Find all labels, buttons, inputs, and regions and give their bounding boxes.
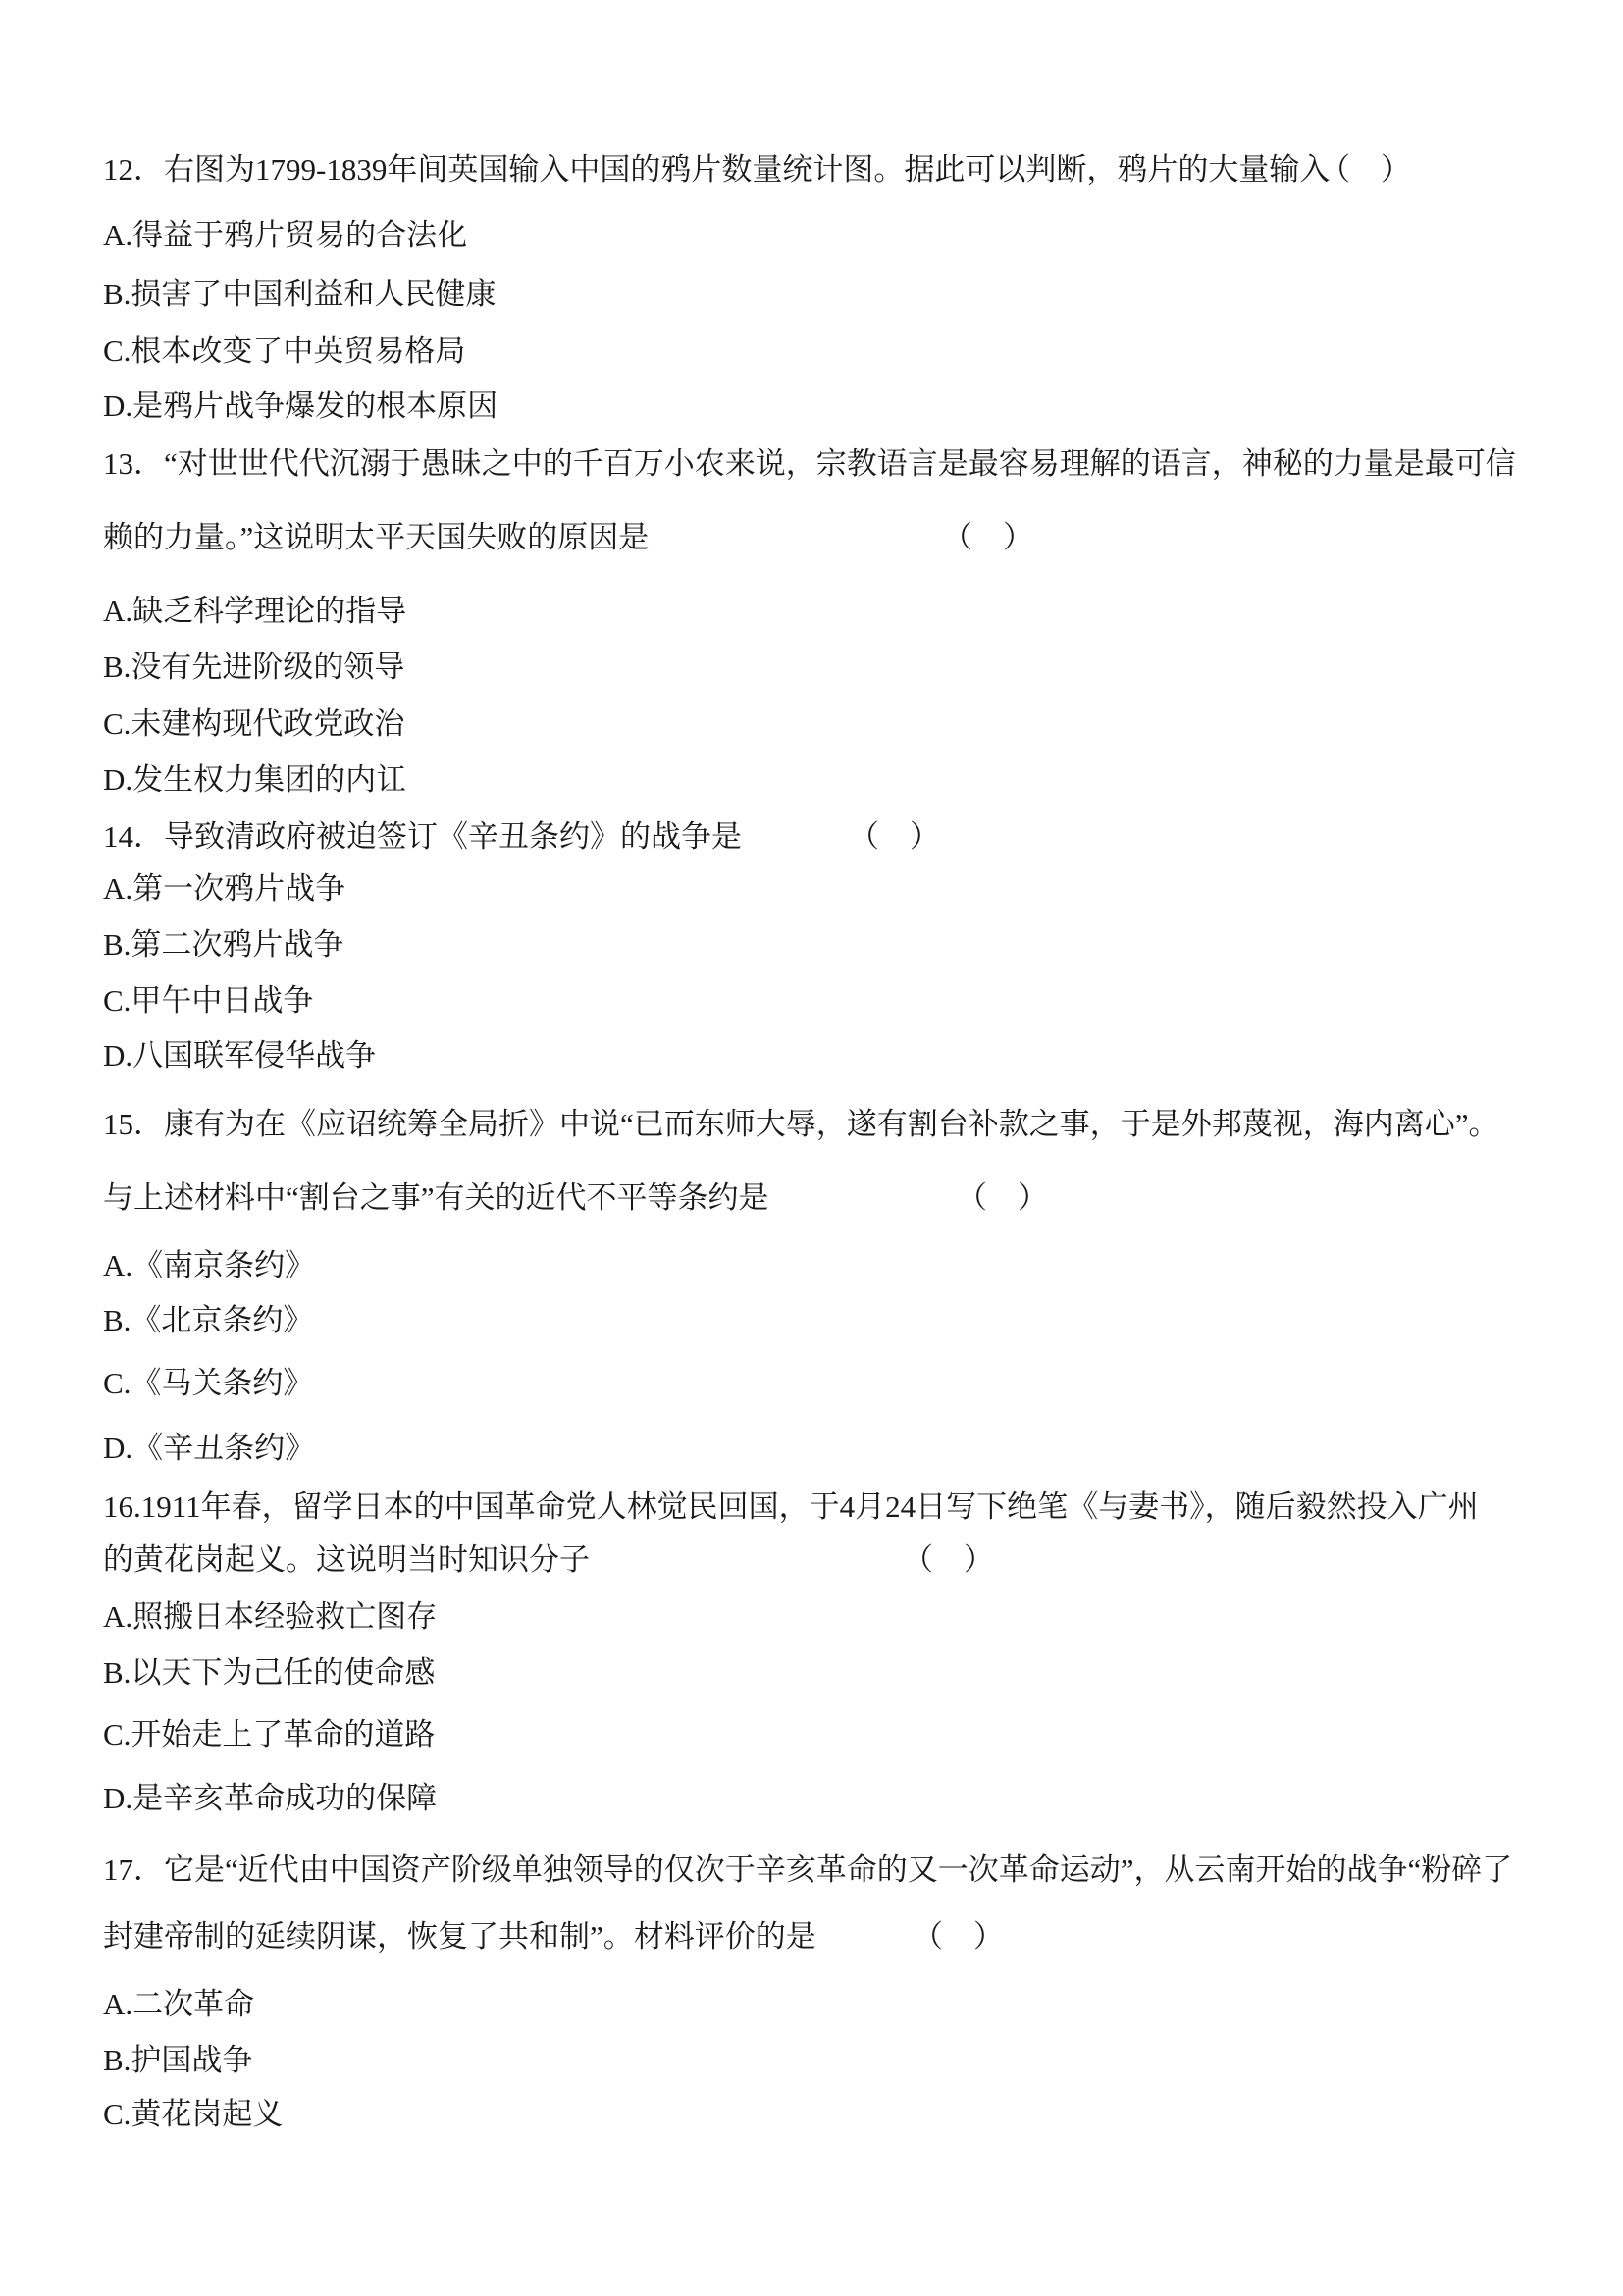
question-17-option-c: C.黄花岗起义 <box>103 2097 283 2132</box>
question-15-option-c: C.《马关条约》 <box>103 1366 313 1401</box>
question-15-option-d: D.《辛丑条约》 <box>103 1431 315 1466</box>
question-14-stem: 14．导致清政府被迫签订《辛丑条约》的战争是 （ ） <box>103 819 742 855</box>
question-12-stem-text: 12．右图为1799-1839年间英国输入中国的鸦片数量统计图。据此可以判断，鸦… <box>103 152 1330 186</box>
question-15-option-a: A.《南京条约》 <box>103 1248 315 1283</box>
question-14-option-a: A.第一次鸦片战争 <box>103 871 345 907</box>
question-13-stem-line-2-text: 赖的力量。”这说明太平天国失败的原因是 <box>103 520 649 554</box>
question-14-option-d: D.八国联军侵华战争 <box>103 1038 376 1073</box>
question-13-option-c: C.未建构现代政党政治 <box>103 706 404 742</box>
question-15-stem-line-1: 15．康有为在《应诏统筹全局折》中说“已而东师大辱，遂有割台补款之事，于是外邦蔑… <box>103 1107 1499 1142</box>
question-17-stem-line-2-text: 封建帝制的延续阴谋，恢复了共和制”。材料评价的是 <box>103 1919 816 1954</box>
question-14-option-c: C.甲午中日战争 <box>103 983 313 1018</box>
question-12-option-a: A.得益于鸦片贸易的合法化 <box>103 218 467 253</box>
question-13-stem-line-2: 赖的力量。”这说明太平天国失败的原因是 （ ） <box>103 520 649 555</box>
question-15-answer-parens: （ ） <box>957 1180 1048 1216</box>
question-16-option-a: A.照搬日本经验救亡图存 <box>103 1599 437 1635</box>
question-15-stem-line-2-text: 与上述材料中“割台之事”有关的近代不平等条约是 <box>103 1180 769 1215</box>
question-16-stem-line-2-text: 的黄花岗起义。这说明当时知识分子 <box>103 1542 590 1577</box>
question-15-stem-line-2: 与上述材料中“割台之事”有关的近代不平等条约是 （ ） <box>103 1180 769 1216</box>
question-13-option-d: D.发生权力集团的内讧 <box>103 762 406 798</box>
question-15-option-b: B.《北京条约》 <box>103 1303 313 1338</box>
question-12-option-d: D.是鸦片战争爆发的根本原因 <box>103 389 497 424</box>
question-14-answer-parens: （ ） <box>849 819 940 855</box>
question-12-stem: 12．右图为1799-1839年间英国输入中国的鸦片数量统计图。据此可以判断，鸦… <box>103 152 1330 187</box>
question-16-answer-parens: （ ） <box>903 1542 994 1578</box>
question-17-stem-line-1: 17．它是“近代由中国资产阶级单独领导的仅次于辛亥革命的又一次革命运动”，从云南… <box>103 1852 1512 1888</box>
question-16-option-d: D.是辛亥革命成功的保障 <box>103 1781 437 1816</box>
question-14-stem-text: 14．导致清政府被迫签订《辛丑条约》的战争是 <box>103 819 742 854</box>
question-13-option-a: A.缺乏科学理论的指导 <box>103 594 406 629</box>
exam-page: 12．右图为1799-1839年间英国输入中国的鸦片数量统计图。据此可以判断，鸦… <box>0 0 1623 2296</box>
question-17-option-b: B.护国战争 <box>103 2043 252 2078</box>
question-16-option-b: B.以天下为己任的使命感 <box>103 1655 435 1691</box>
question-17-answer-parens: （ ） <box>913 1919 1004 1955</box>
question-17-option-a: A.二次革命 <box>103 1987 254 2022</box>
question-17-stem-line-2: 封建帝制的延续阴谋，恢复了共和制”。材料评价的是 （ ） <box>103 1919 816 1955</box>
question-13-option-b: B.没有先进阶级的领导 <box>103 650 404 685</box>
question-16-option-c: C.开始走上了革命的道路 <box>103 1717 435 1752</box>
question-12-answer-parens: （ ） <box>1320 152 1411 187</box>
question-12-option-c: C.根本改变了中英贸易格局 <box>103 334 465 369</box>
question-13-answer-parens: （ ） <box>942 520 1033 555</box>
question-14-option-b: B.第二次鸦片战争 <box>103 927 343 963</box>
question-16-stem-line-1: 16.1911年春，留学日本的中国革命党人林觉民回国，于4月24日写下绝笔《与妻… <box>103 1489 1479 1525</box>
question-16-stem-line-2: 的黄花岗起义。这说明当时知识分子 （ ） <box>103 1542 590 1578</box>
question-13-stem-line-1: 13．“对世世代代沉溺于愚昧之中的千百万小农来说，宗教语言是最容易理解的语言，神… <box>103 446 1516 482</box>
question-12-option-b: B.损害了中国利益和人民健康 <box>103 277 496 312</box>
